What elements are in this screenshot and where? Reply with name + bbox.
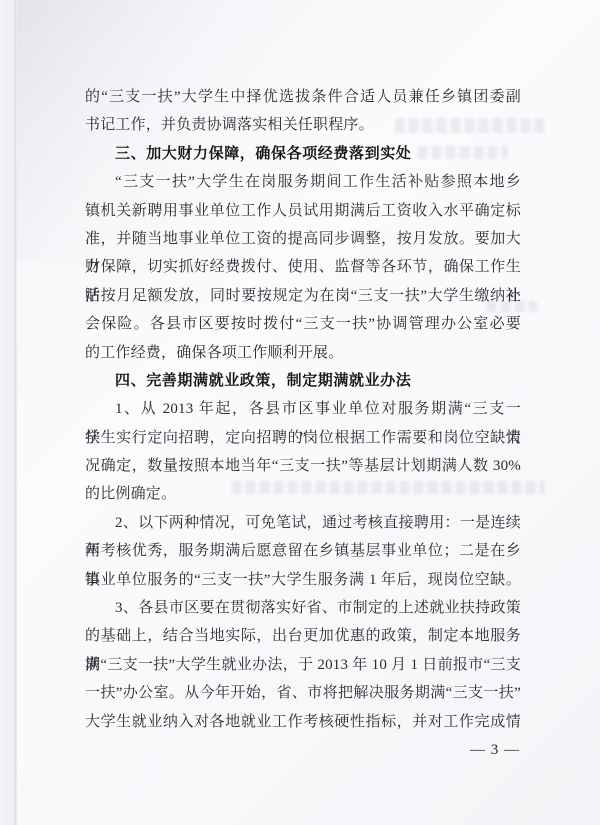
document-body: 的“三支一扶”大学生中择优选拔条件合适人员兼任乡镇团委副 书记工作，并负责协调落… — [85, 83, 521, 736]
page-fold-line — [13, 0, 17, 825]
text-line: 1、从 2013 年起，各县市区事业单位对服务期满“三支一扶”大 — [85, 395, 521, 423]
text-line: 况确定，数量按照本地当年“三支一扶”等基层计划期满人数 30% — [85, 452, 521, 480]
text-line: 的“三支一扶”大学生中择优选拔条件合适人员兼任乡镇团委副 — [85, 83, 521, 111]
text-line: 镇机关新聘用事业单位工作人员试用期满后工资收入水平确定标 — [85, 197, 521, 225]
text-line: 准，并随当地事业单位工资的提高同步调整，按月发放。要加大财 — [85, 225, 521, 253]
text-line: 会保险。各县市区要按时拨付“三支一扶”协调管理办公室必要 — [85, 310, 521, 338]
scanned-document-page: 的“三支一扶”大学生中择优选拔条件合适人员兼任乡镇团委副 书记工作，并负责协调落… — [0, 0, 600, 825]
text-line: 的基础上，结合当地实际，出台更加优惠的政策，制定本地服务期 — [85, 622, 521, 650]
text-line: 满“三支一扶”大学生就业办法，于 2013 年 10 月 1 日前报市“三支 — [85, 651, 521, 679]
text-line: 力保障，切实抓好经费拨付、使用、监督等各环节，确保工作生活补 — [85, 253, 521, 281]
text-line: 的比例确定。 — [85, 480, 521, 508]
section-heading-3: 三、加大财力保障，确保各项经费落到实处 — [85, 140, 521, 168]
text-line: 学生实行定向招聘，定向招聘的岗位根据工作需要和岗位空缺情 — [85, 424, 521, 452]
text-line: 2、以下两种情况，可免笔试，通过考核直接聘用：一是连续两 — [85, 509, 521, 537]
text-line: “三支一扶”大学生在岗服务期间工作生活补贴参照本地乡 — [85, 168, 521, 196]
text-line: 年考核优秀，服务期满后愿意留在乡镇基层事业单位；二是在乡镇 — [85, 537, 521, 565]
text-line: 3、各县市区要在贯彻落实好省、市制定的上述就业扶持政策 — [85, 594, 521, 622]
page-number: — 3 — — [470, 742, 520, 759]
text-line: 的工作经费，确保各项工作顺利开展。 — [85, 339, 521, 367]
text-line: 书记工作，并负责协调落实相关任职程序。 — [85, 111, 521, 139]
text-line: 一扶”办公室。从今年开始，省、市将把解决服务期满“三支一扶” — [85, 679, 521, 707]
scan-left-edge — [0, 0, 13, 825]
text-line: 大学生就业纳入对各地就业工作考核硬性指标，并对工作完成情 — [85, 708, 521, 736]
section-heading-4: 四、完善期满就业政策，制定期满就业办法 — [85, 367, 521, 395]
text-line: 贴按月足额发放，同时要按规定为在岗“三支一扶”大学生缴纳社 — [85, 282, 521, 310]
text-line: 事业单位服务的“三支一扶”大学生服务满 1 年后，现岗位空缺。 — [85, 566, 521, 594]
